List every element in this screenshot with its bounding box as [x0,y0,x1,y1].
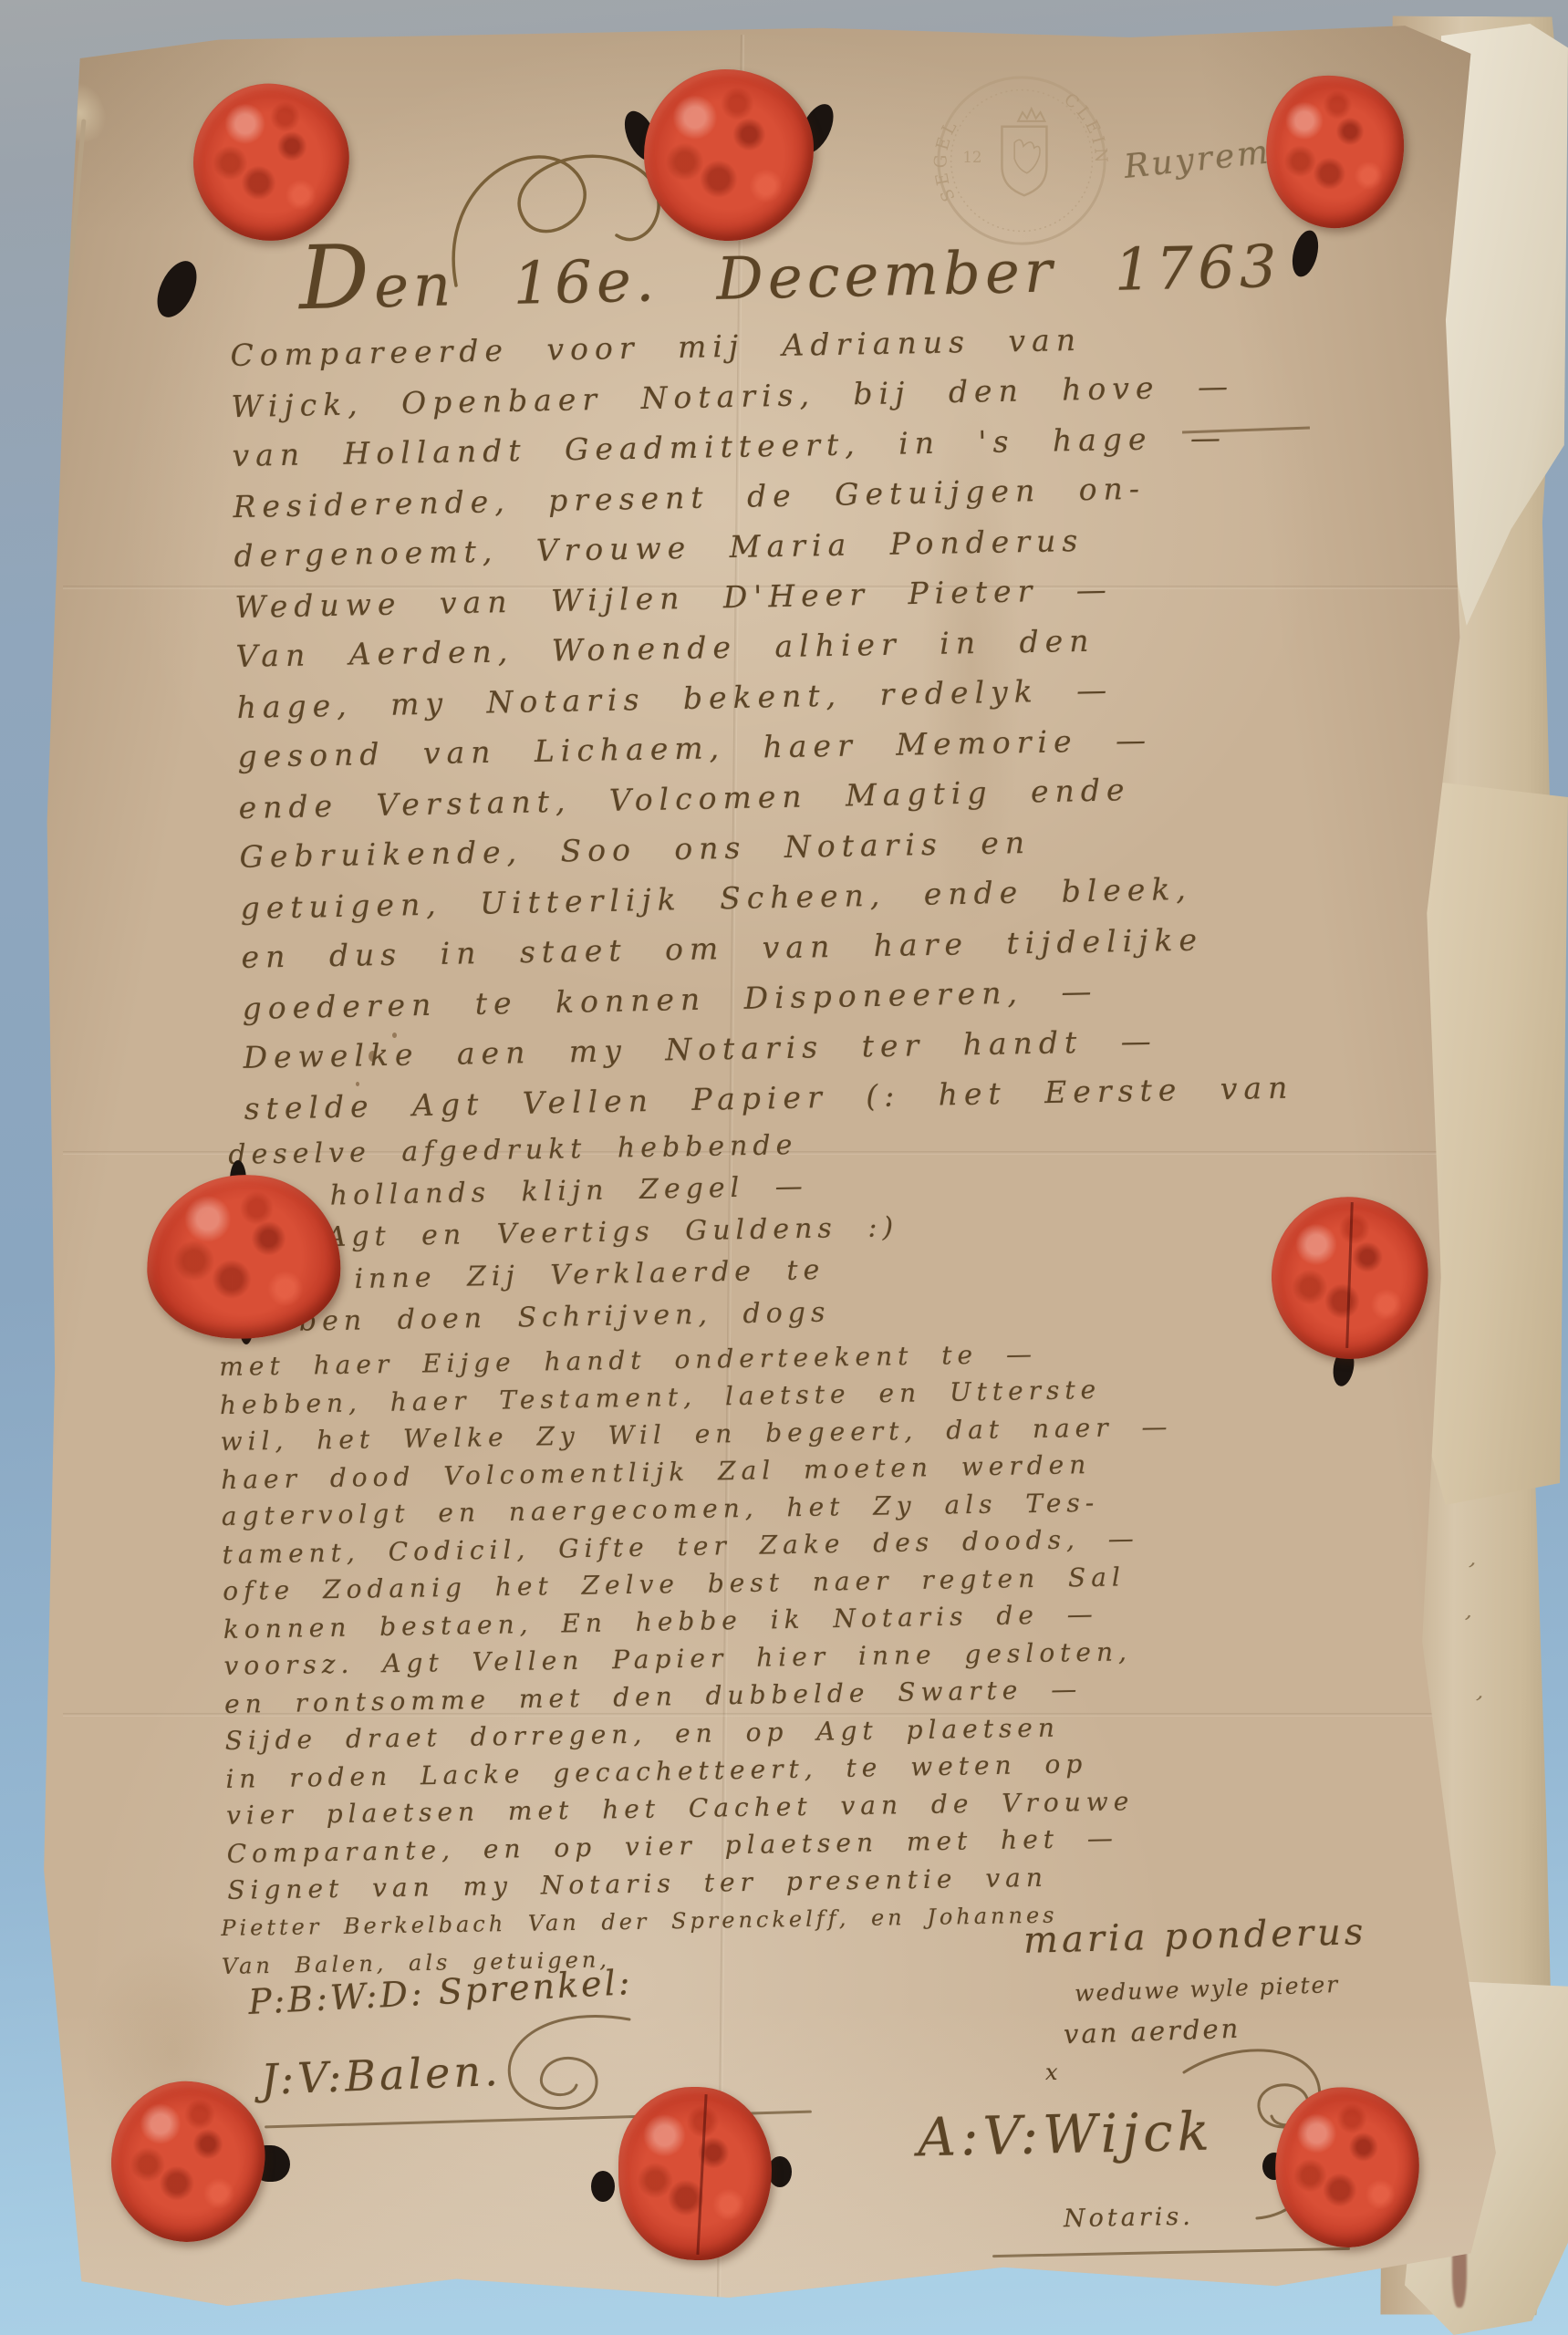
svg-text:SEGEL: SEGEL [932,116,962,204]
pen-flourish-icon [493,2003,639,2140]
heading-initial: D [298,225,375,329]
embossed-tax-stamp: SEGEL CLEIN 12 [932,69,1111,252]
signature-notary: A:V:Wijck [917,2101,1214,2169]
wax-seal-top-left [183,74,358,251]
lion-motif-icon [1014,140,1040,172]
stamp-denomination: 12 [962,149,981,166]
photograph-backdrop: , ’ , SEGEL CLEIN 12 [0,0,1568,2335]
binding-string [57,119,87,400]
seal-thread [591,2171,615,2202]
shield-icon [1002,127,1046,195]
wax-seal-bottom-center [618,2087,772,2260]
signature-testatrix-name: maria ponderus [1023,1911,1366,1962]
stamp-arc-text-left: SEGEL [932,116,962,204]
body-text-block-1: Compareerde voor mij Adrianus vanWijck, … [230,311,1294,1133]
seal-thread [150,254,205,323]
body-text-block-3: met haer Eijge handt onderteekent te —he… [219,1334,1180,1909]
document-page: SEGEL CLEIN 12 Ruyreman Den 16e. Decembe… [0,0,1568,2335]
wax-seal-top-right [1259,68,1413,235]
stamp-arc-text-right: CLEIN [1060,90,1110,167]
signature-witness-balen: J:V:Balen. [260,2046,502,2104]
seal-thread [1288,228,1323,280]
signature-testatrix-line2: weduwe wyle pieter [1075,1971,1340,2007]
testatrix-cross-mark: x [1045,2060,1058,2085]
signature-underline [992,2247,1350,2257]
crown-icon [1018,109,1044,121]
svg-text:CLEIN: CLEIN [1060,90,1110,167]
wax-seal-bottom-left [105,2075,272,2248]
wax-seal-top-center [644,69,814,241]
witness-names-lines: Pietter Berkelbach Van der Sprenckelff, … [221,1897,1058,1985]
